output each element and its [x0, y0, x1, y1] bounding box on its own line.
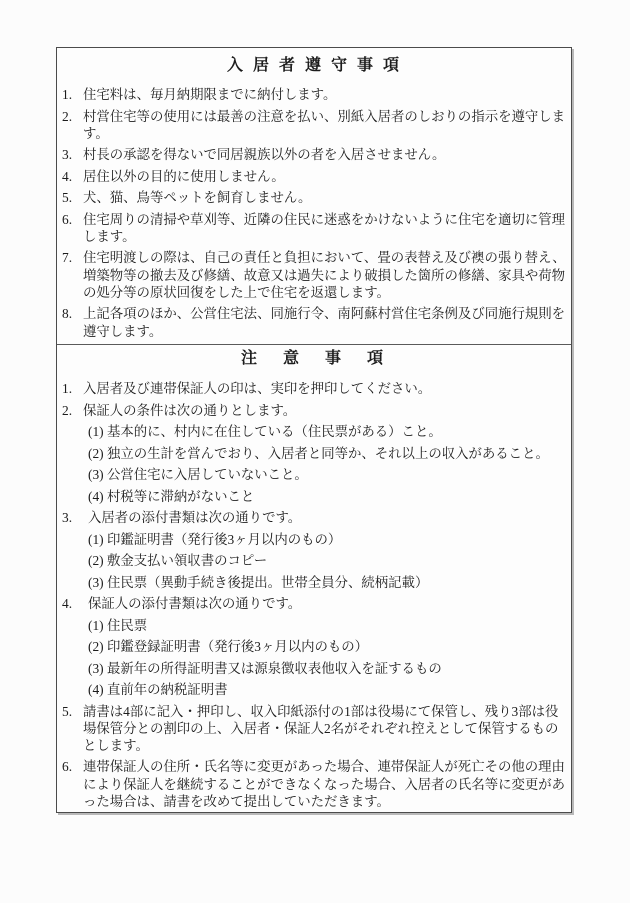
item-number: 1. — [62, 380, 83, 397]
item-text: 保証人の条件は次の通りとします。 — [83, 402, 567, 419]
sub-list-item: (3) 公営住宅に入居していないこと。 — [62, 466, 567, 483]
sub-list-item: (2) 敷金支払い領収書のコピー — [62, 552, 567, 569]
item-text: 連帯保証人の住所・氏名等に変更があった場合、連帯保証人が死亡その他の理由により保… — [83, 758, 567, 810]
item-text: 入居者の添付書類は次の通りです。 — [83, 509, 567, 526]
list-item: 7. 住宅明渡しの際は、自己の責任と負担において、畳の表替え及び襖の張り替え、増… — [62, 249, 567, 301]
sub-list-item: (1) 住民票 — [62, 617, 567, 634]
item-number: 3. — [62, 146, 83, 163]
list-item: 2. 村営住宅等の使用には最善の注意を払い、別紙入居者のしおりの指示を遵守します… — [62, 108, 567, 142]
section-notes: 注 意 事 項 1. 入居者及び連帯保証人の印は、実印を押印してください。 2.… — [62, 350, 567, 810]
item-number: 5. — [62, 703, 83, 755]
sub-list-item: (1) 印鑑証明書（発行後3ヶ月以内のもの） — [62, 531, 567, 548]
item-text: 居住以外の目的に使用しません。 — [83, 168, 567, 185]
sub-item-text: (4) 村税等に滞納がないこと — [88, 488, 567, 505]
sub-list-item: (1) 基本的に、村内に在住している（住民票がある）こと。 — [62, 423, 567, 440]
sub-item-text: (2) 印鑑登録証明書（発行後3ヶ月以内のもの） — [88, 638, 567, 655]
item-text: 村営住宅等の使用には最善の注意を払い、別紙入居者のしおりの指示を遵守します。 — [83, 108, 567, 142]
item-text: 請書は4部に記入・押印し、収入印紙添付の1部は役場にて保管し、残り3部は役場保管… — [83, 703, 567, 755]
list-item: 5. 請書は4部に記入・押印し、収入印紙添付の1部は役場にて保管し、残り3部は役… — [62, 703, 567, 755]
item-number: 2. — [62, 108, 83, 142]
item-number: 5. — [62, 189, 83, 206]
list-item: 3. 入居者の添付書類は次の通りです。 — [62, 509, 567, 526]
sub-list-item: (3) 最新年の所得証明書又は源泉徴収表他収入を証するもの — [62, 660, 567, 677]
list-item: 6. 住宅周りの清掃や草刈等、近隣の住民に迷惑をかけないように住宅を適切に管理し… — [62, 211, 567, 245]
sub-item-text: (3) 公営住宅に入居していないこと。 — [88, 466, 567, 483]
item-number: 3. — [62, 509, 83, 526]
sub-list-item: (2) 印鑑登録証明書（発行後3ヶ月以内のもの） — [62, 638, 567, 655]
sub-list-item: (4) 直前年の納税証明書 — [62, 681, 567, 698]
item-text: 入居者及び連帯保証人の印は、実印を押印してください。 — [83, 380, 567, 397]
document-box: 入 居 者 遵 守 事 項 1. 住宅料は、毎月納期限までに納付します。 2. … — [56, 47, 572, 813]
list-item: 5. 犬、猫、鳥等ペットを飼育しません。 — [62, 189, 567, 206]
sub-item-text: (3) 最新年の所得証明書又は源泉徴収表他収入を証するもの — [88, 660, 567, 677]
section-divider — [57, 344, 571, 345]
item-text: 住宅料は、毎月納期限までに納付します。 — [83, 86, 567, 103]
sub-list-item: (4) 村税等に滞納がないこと — [62, 488, 567, 505]
sub-item-text: (2) 敷金支払い領収書のコピー — [88, 552, 567, 569]
list-item: 4. 保証人の添付書類は次の通りです。 — [62, 595, 567, 612]
item-text: 保証人の添付書類は次の通りです。 — [83, 595, 567, 612]
list-item: 2. 保証人の条件は次の通りとします。 — [62, 402, 567, 419]
item-number: 6. — [62, 758, 83, 810]
item-text: 住宅周りの清掃や草刈等、近隣の住民に迷惑をかけないように住宅を適切に管理します。 — [83, 211, 567, 245]
sub-item-text: (3) 住民票（異動手続き後提出。世帯全員分、続柄記載） — [88, 574, 567, 591]
item-text: 住宅明渡しの際は、自己の責任と負担において、畳の表替え及び襖の張り替え、増築物等… — [83, 249, 567, 301]
section-notes-title: 注 意 事 項 — [62, 350, 567, 368]
list-item: 8. 上記各項のほか、公営住宅法、同施行令、南阿蘇村営住宅条例及び同施行規則を遵… — [62, 305, 567, 339]
list-item: 4. 居住以外の目的に使用しません。 — [62, 168, 567, 185]
item-number: 2. — [62, 402, 83, 419]
item-text: 村長の承認を得ないで同居親族以外の者を入居させません。 — [83, 146, 567, 163]
sub-item-text: (2) 独立の生計を営んでおり、入居者と同等か、それ以上の収入があること。 — [88, 445, 567, 462]
list-item: 1. 入居者及び連帯保証人の印は、実印を押印してください。 — [62, 380, 567, 397]
item-text: 上記各項のほか、公営住宅法、同施行令、南阿蘇村営住宅条例及び同施行規則を遵守しま… — [83, 305, 567, 339]
list-item: 1. 住宅料は、毎月納期限までに納付します。 — [62, 86, 567, 103]
sub-item-text: (1) 住民票 — [88, 617, 567, 634]
sub-list-item: (2) 独立の生計を営んでおり、入居者と同等か、それ以上の収入があること。 — [62, 445, 567, 462]
item-number: 6. — [62, 211, 83, 245]
item-number: 1. — [62, 86, 83, 103]
item-number: 8. — [62, 305, 83, 339]
section-rules: 入 居 者 遵 守 事 項 1. 住宅料は、毎月納期限までに納付します。 2. … — [62, 57, 567, 340]
list-item: 3. 村長の承認を得ないで同居親族以外の者を入居させません。 — [62, 146, 567, 163]
item-number: 7. — [62, 249, 83, 301]
sub-list-item: (3) 住民票（異動手続き後提出。世帯全員分、続柄記載） — [62, 574, 567, 591]
list-item: 6. 連帯保証人の住所・氏名等に変更があった場合、連帯保証人が死亡その他の理由に… — [62, 758, 567, 810]
section-rules-title: 入 居 者 遵 守 事 項 — [62, 57, 567, 75]
sub-item-text: (4) 直前年の納税証明書 — [88, 681, 567, 698]
sub-item-text: (1) 印鑑証明書（発行後3ヶ月以内のもの） — [88, 531, 567, 548]
item-text: 犬、猫、鳥等ペットを飼育しません。 — [83, 189, 567, 206]
item-number: 4. — [62, 595, 83, 612]
item-number: 4. — [62, 168, 83, 185]
sub-item-text: (1) 基本的に、村内に在住している（住民票がある）こと。 — [88, 423, 567, 440]
